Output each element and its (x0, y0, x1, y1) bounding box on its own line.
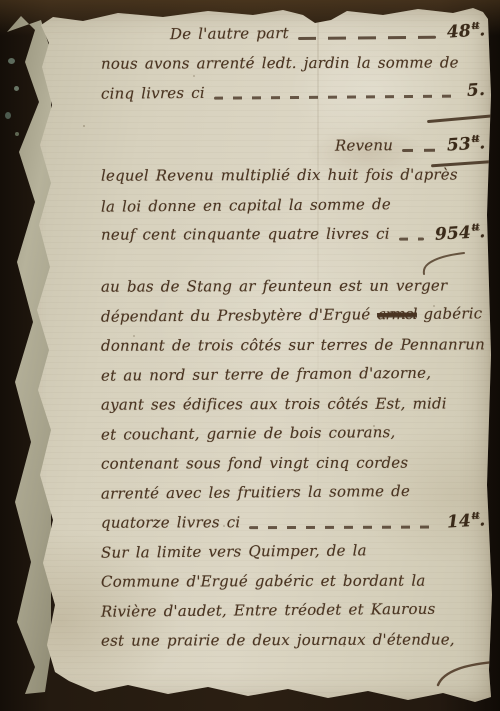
manuscript-line: dépendant du Presbytère d'Ergué armel ga… (101, 299, 485, 332)
paper-speck (15, 132, 19, 136)
leader-dashes (298, 35, 436, 39)
amount-revenu-total: 53tt. (446, 129, 486, 163)
leader-dashes (214, 94, 456, 99)
amount-carried-forward: 48tt. (446, 16, 486, 50)
livre-symbol: tt (470, 124, 479, 154)
struck-out-word: armel (377, 300, 416, 330)
livre-symbol: tt (470, 501, 479, 531)
paper-speck (8, 58, 15, 64)
leader-dashes (249, 525, 435, 529)
manuscript-line: ayant ses édifices aux trois côtés Est, … (101, 389, 485, 420)
line-text: et au nord sur terre de framon d'azorne, (101, 359, 431, 391)
manuscript-line: Revenu 53tt. (101, 130, 485, 163)
manuscript-line: cinq livres ci 5. (101, 76, 485, 109)
line-text: cinq livres ci (101, 79, 205, 109)
paper-fibers (13, 5, 15, 7)
amount-capital: 954tt. (434, 218, 486, 252)
paper-speck (14, 86, 19, 91)
manuscript-line: la loi donne en capital la somme de (101, 189, 485, 222)
line-text: nous avons arrenté ledt. jardin la somme… (101, 48, 459, 79)
manuscript-line: Rivière d'audet, Entre tréodet et Kaurou… (101, 594, 485, 627)
line-text: arrenté avec les fruitiers la somme de (101, 477, 410, 509)
line-text: est une prairie de deux journaux d'étend… (101, 625, 455, 656)
leader-dashes (402, 148, 436, 151)
manuscript-line: Commune d'Ergué gabéric et bordant la (101, 566, 485, 597)
line-text: donnant de trois côtés sur terres de Pen… (101, 330, 485, 361)
line-text: Revenu (335, 131, 393, 161)
manuscript-line: Sur la limite vers Quimper, de la (101, 535, 485, 568)
amount-cinq-livres: 5. (466, 76, 486, 107)
photo-background: De l'autre part 48tt. nous avons arrenté… (0, 0, 500, 711)
line-text: Rivière d'audet, Entre tréodet et Kaurou… (101, 595, 436, 627)
leader-dashes (399, 237, 424, 240)
manuscript-line: donnant de trois côtés sur terres de Pen… (101, 330, 485, 361)
line-text: la loi donne en capital la somme de (101, 190, 391, 222)
manuscript-line: et couchant, garnie de bois courans, (101, 417, 485, 450)
line-text: neuf cent cinquante quatre livres ci (101, 220, 390, 251)
line-text: contenant sous fond vingt cinq cordes (101, 448, 408, 479)
ink-flourish (432, 655, 500, 687)
manuscript-line: et au nord sur terre de framon d'azorne, (101, 358, 485, 391)
line-text: De l'autre part (170, 19, 289, 50)
line-text: quatorze livres ci (101, 508, 240, 538)
manuscript-line: arrenté avec les fruitiers la somme de (101, 476, 485, 509)
manuscript-line: quatorze livres ci 14tt. (101, 507, 485, 538)
line-text: gabéric (423, 299, 482, 329)
line-text: au bas de Stang ar feunteun est un verge… (101, 271, 447, 302)
manuscript-text: De l'autre part 48tt. nous avons arrenté… (13, 5, 493, 655)
livre-symbol: tt (470, 12, 479, 42)
paper-speck (5, 112, 11, 119)
line-text: ayant ses édifices aux trois côtés Est, … (101, 389, 447, 420)
line-text: et couchant, garnie de bois courans, (101, 418, 396, 450)
line-text: lequel Revenu multiplié dix huit fois d'… (101, 160, 458, 191)
manuscript-line: De l'autre part 48tt. (101, 17, 485, 50)
manuscript-line: lequel Revenu multiplié dix huit fois d'… (101, 160, 485, 191)
paper-sheet: De l'autre part 48tt. nous avons arrenté… (13, 5, 493, 705)
manuscript-line: nous avons arrenté ledt. jardin la somme… (101, 48, 485, 79)
line-text: Sur la limite vers Quimper, de la (101, 536, 367, 568)
manuscript-line: neuf cent cinquante quatre livres ci 954… (101, 219, 485, 250)
manuscript-line: est une prairie de deux journaux d'étend… (101, 625, 485, 656)
manuscript-line: contenant sous fond vingt cinq cordes (101, 448, 485, 479)
ink-flourish (420, 250, 476, 278)
line-text: dépendant du Presbytère d'Ergué (101, 300, 371, 332)
livre-symbol: tt (470, 213, 479, 243)
line-text: Commune d'Ergué gabéric et bordant la (101, 566, 426, 597)
